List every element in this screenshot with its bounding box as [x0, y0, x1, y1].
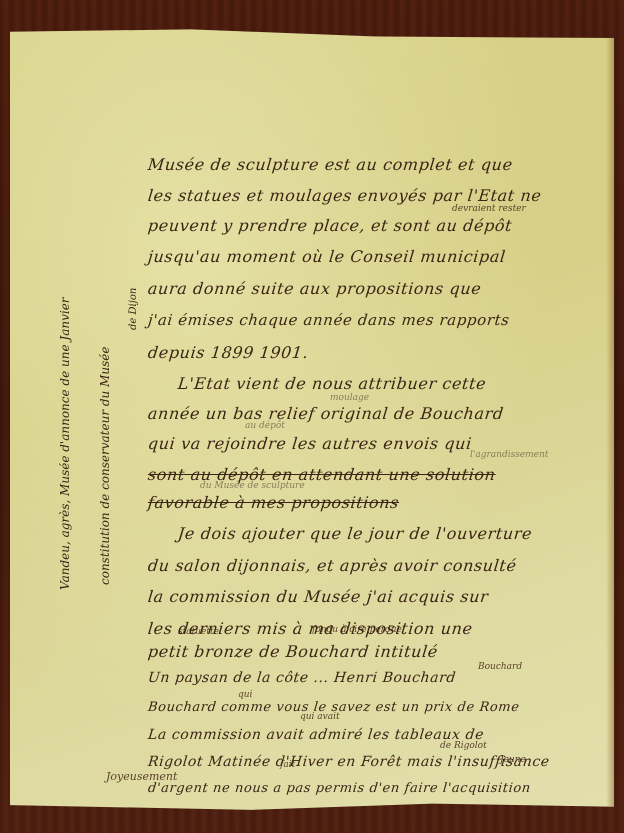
- text-line: Je dois ajouter que le jour de l'ouvertu…: [177, 524, 533, 543]
- margin-note-3: de Dijon: [128, 288, 139, 330]
- text-line: année un bas relief original de Bouchard: [147, 404, 505, 423]
- text-line: L'Etat vient de nous attribuer cette: [177, 374, 487, 393]
- text-line: du salon dijonnais, et après avoir consu…: [147, 556, 518, 575]
- text-line: jusqu'au moment où le Conseil municipal: [147, 247, 507, 266]
- margin-note-1: Vandeu, agrès, Musée d'annonce de une Ja…: [58, 297, 72, 590]
- text-line-struck: sont au dépôt en attendant une solution: [147, 465, 497, 484]
- text-line: La commission avait admiré les tableaux …: [147, 727, 485, 743]
- text-line-struck: favorable à mes propositions: [147, 493, 400, 512]
- interlinear-note: qui: [238, 690, 252, 700]
- text-line: la commission du Musée j'ai acquis sur: [147, 587, 489, 606]
- text-line: les statues et moulages envoyés par l'Et…: [147, 186, 543, 205]
- text-line: Rigolot Matinée d'Hiver en Forêt mais l'…: [147, 754, 550, 770]
- margin-note-2: constitution de conservateur du Musée: [98, 347, 112, 585]
- text-line: aura donné suite aux propositions que: [147, 279, 482, 298]
- text-line: depuis 1899 1901.: [147, 343, 309, 362]
- text-line: petit bronze de Bouchard intitulé: [147, 642, 439, 661]
- text-line: Bouchard comme vous le savez est un prix…: [147, 700, 520, 715]
- interlinear-note: Bouchard: [478, 662, 522, 672]
- text-line: Musée de sculpture est au complet et que: [147, 155, 514, 174]
- text-line: d'argent ne nous a pas permis d'en faire…: [147, 781, 531, 796]
- text-line: Un paysan de la côte ... Henri Bouchard: [147, 670, 457, 686]
- text-line: les derniers mis à ma disposition une: [147, 619, 474, 638]
- interlinear-note: moulage: [330, 393, 369, 403]
- text-line: j'ai émises chaque année dans mes rappor…: [147, 311, 511, 329]
- text-line: qui va rejoindre les autres envois qui: [147, 434, 473, 453]
- interlinear-note: devraient rester: [452, 204, 526, 214]
- text-line: peuvent y prendre place, et sont au dépô…: [147, 216, 513, 235]
- interlinear-note: l'agrandissement: [470, 450, 548, 460]
